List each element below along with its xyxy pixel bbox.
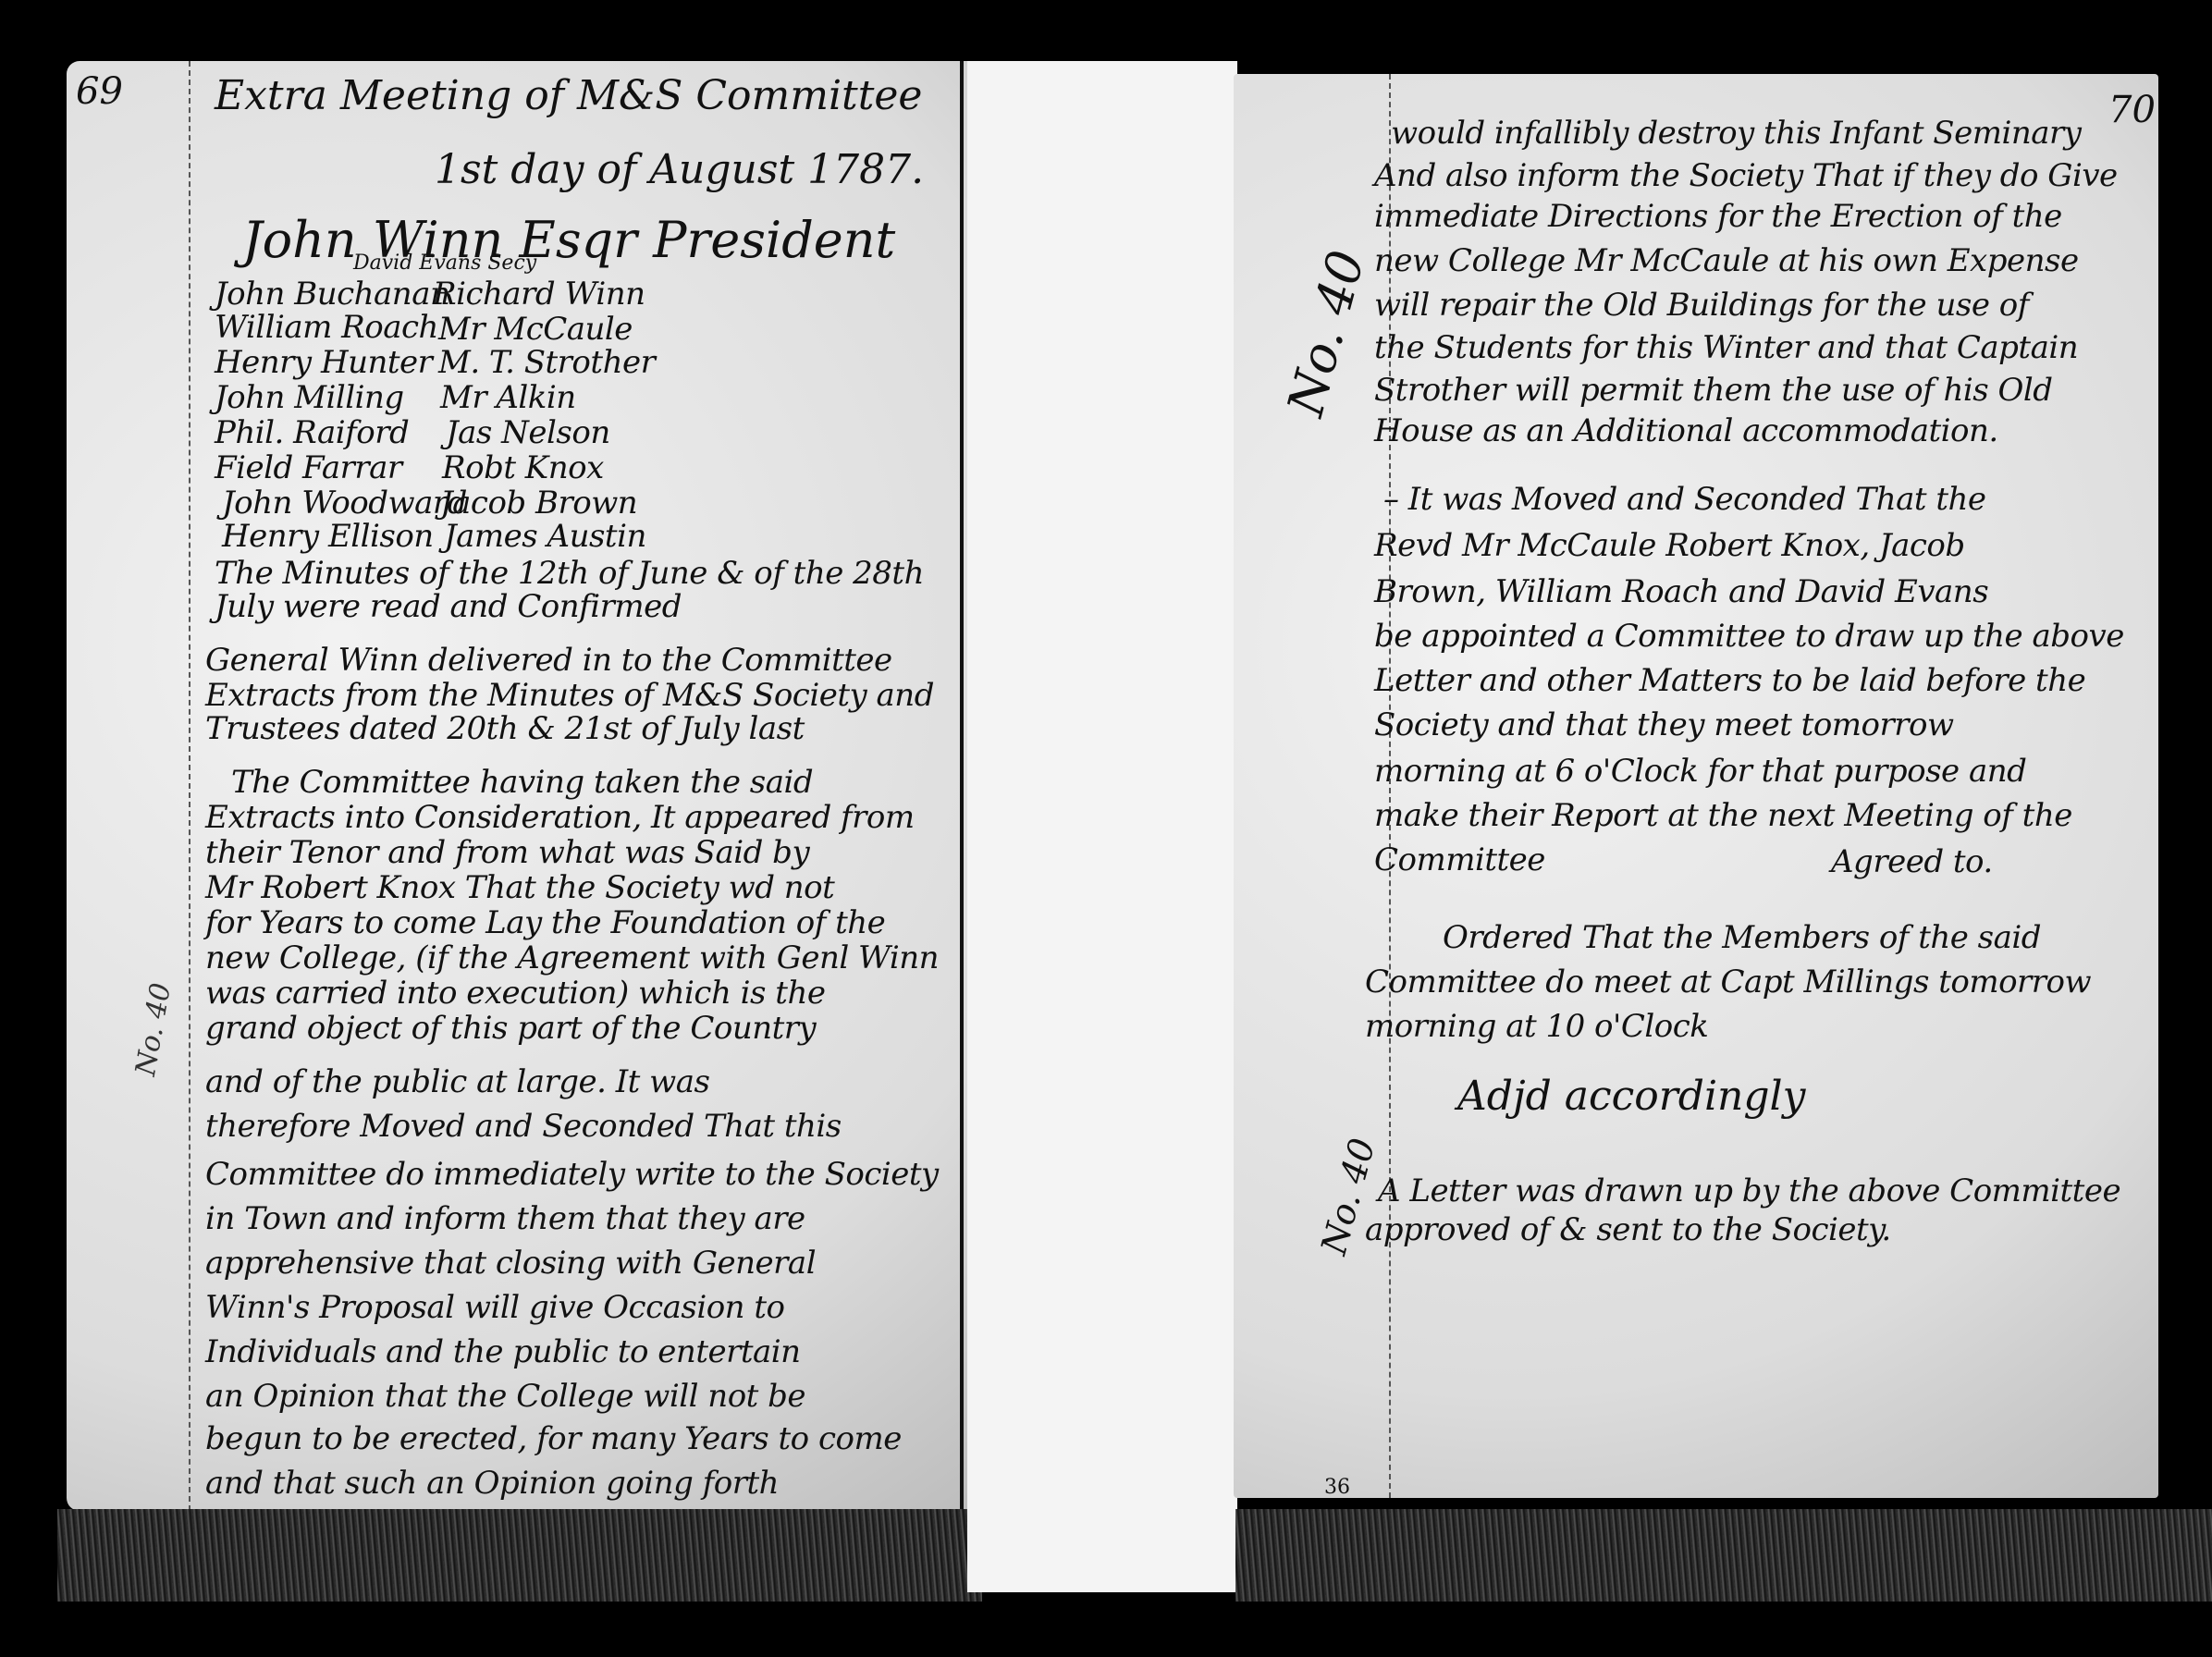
text-line: and that such an Opinion going forth <box>205 1465 779 1502</box>
meeting-title: Extra Meeting of M&S Committee <box>215 72 922 119</box>
text-line: an Opinion that the College will not be <box>205 1378 805 1415</box>
text-line: grand object of this part of the Country <box>205 1010 816 1047</box>
member-name: Mr Alkin <box>440 379 576 416</box>
scan-border-texture <box>1235 1509 2212 1602</box>
text-line: apprehensive that closing with General <box>205 1245 816 1282</box>
member-name: John Buchanan <box>215 276 449 313</box>
text-line: Winn's Proposal will give Occasion to <box>205 1289 785 1326</box>
text-line: Revd Mr McCaule Robert Knox, Jacob <box>1374 527 1965 564</box>
adjourned-note: Adjd accordingly <box>1457 1073 1805 1120</box>
text-line: immediate Directions for the Erection of… <box>1374 198 2062 235</box>
text-line: A Letter was drawn up by the above Commi… <box>1378 1172 2120 1209</box>
text-line: in Town and inform them that they are <box>205 1200 805 1237</box>
text-line: was carried into execution) which is the <box>205 975 826 1012</box>
member-name: Henry Ellison <box>222 518 434 555</box>
text-line: for Years to come Lay the Foundation of … <box>205 904 885 941</box>
text-line: Committee <box>1374 841 1545 878</box>
text-line: General Winn delivered in to the Committ… <box>205 642 892 679</box>
secretary-line: David Evans Secy <box>353 252 536 275</box>
folio-number: 69 <box>76 70 123 113</box>
member-name: Jas Nelson <box>446 414 610 451</box>
text-line: Committee do meet at Capt Millings tomor… <box>1365 964 2091 1000</box>
text-line: will repair the Old Buildings for the us… <box>1374 287 2029 324</box>
text-line: approved of & sent to the Society. <box>1365 1211 1891 1248</box>
folio-number: 70 <box>2108 89 2156 131</box>
text-line: new College, (if the Agreement with Genl… <box>205 939 939 976</box>
text-line: July were read and Confirmed <box>215 588 682 625</box>
text-line: therefore Moved and Seconded That this <box>205 1108 842 1145</box>
member-name: James Austin <box>444 518 646 555</box>
member-name: William Roach <box>215 309 438 346</box>
member-name: Henry Hunter <box>215 344 432 381</box>
member-name: Robt Knox <box>442 449 604 486</box>
member-name: Phil. Raiford <box>215 414 409 451</box>
text-line: be appointed a Committee to draw up the … <box>1374 618 2124 655</box>
text-line: Extracts from the Minutes of M&S Society… <box>205 677 934 714</box>
text-line: Committee do immediately write to the So… <box>205 1156 939 1193</box>
text-line: Extracts into Consideration, It appeared… <box>205 799 915 836</box>
text-line: Individuals and the public to entertain <box>205 1333 801 1370</box>
margin-rule <box>189 61 190 1511</box>
text-line: And also inform the Society That if they… <box>1374 157 2118 194</box>
text-line: and of the public at large. It was <box>205 1063 709 1100</box>
member-name: John Woodward <box>222 485 467 522</box>
text-line: Mr Robert Knox That the Society wd not <box>205 869 834 906</box>
member-name: M. T. Strother <box>438 344 655 381</box>
member-name: Richard Winn <box>433 276 645 313</box>
text-line: Trustees dated 20th & 21st of July last <box>205 710 805 747</box>
text-line: begun to be erected, for many Years to c… <box>205 1420 902 1457</box>
text-line: their Tenor and from what was Said by <box>205 834 809 871</box>
text-line: House as an Additional accommodation. <box>1374 412 1998 449</box>
text-line: the Students for this Winter and that Ca… <box>1374 329 2078 366</box>
archive-stamp-number: 36 <box>1324 1476 1350 1499</box>
text-line: Strother will permit them the use of his… <box>1374 372 2053 409</box>
member-name: Jacob Brown <box>440 485 637 522</box>
text-line: Society and that they meet tomorrow <box>1374 706 1954 743</box>
text-line: morning at 10 o'Clock <box>1365 1008 1708 1045</box>
meeting-date: 1st day of August 1787. <box>435 146 924 193</box>
text-line: Letter and other Matters to be laid befo… <box>1374 662 2085 699</box>
text-line: Ordered That the Members of the said <box>1443 919 2041 956</box>
text-line: The Minutes of the 12th of June & of the… <box>215 555 924 592</box>
text-line: would infallibly destroy this Infant Sem… <box>1391 115 2081 152</box>
text-line: The Committee having taken the said <box>231 764 813 801</box>
president-line: John Winn Esqr President <box>242 211 895 269</box>
page-edge <box>960 61 964 1511</box>
text-line: Brown, William Roach and David Evans <box>1374 573 1988 610</box>
text-line: morning at 6 o'Clock for that purpose an… <box>1374 753 2026 790</box>
text-line: make their Report at the next Meeting of… <box>1374 797 2072 834</box>
member-name: Field Farrar <box>215 449 402 486</box>
text-line: new College Mr McCaule at his own Expens… <box>1374 242 2079 279</box>
scan-border-texture <box>57 1509 982 1602</box>
text-line: – It was Moved and Seconded That the <box>1383 481 1986 518</box>
agreed-note: Agreed to. <box>1831 843 1993 880</box>
member-name: John Milling <box>215 379 404 416</box>
member-name: Mr McCaule <box>438 311 633 348</box>
center-binding-strip <box>967 61 1237 1592</box>
